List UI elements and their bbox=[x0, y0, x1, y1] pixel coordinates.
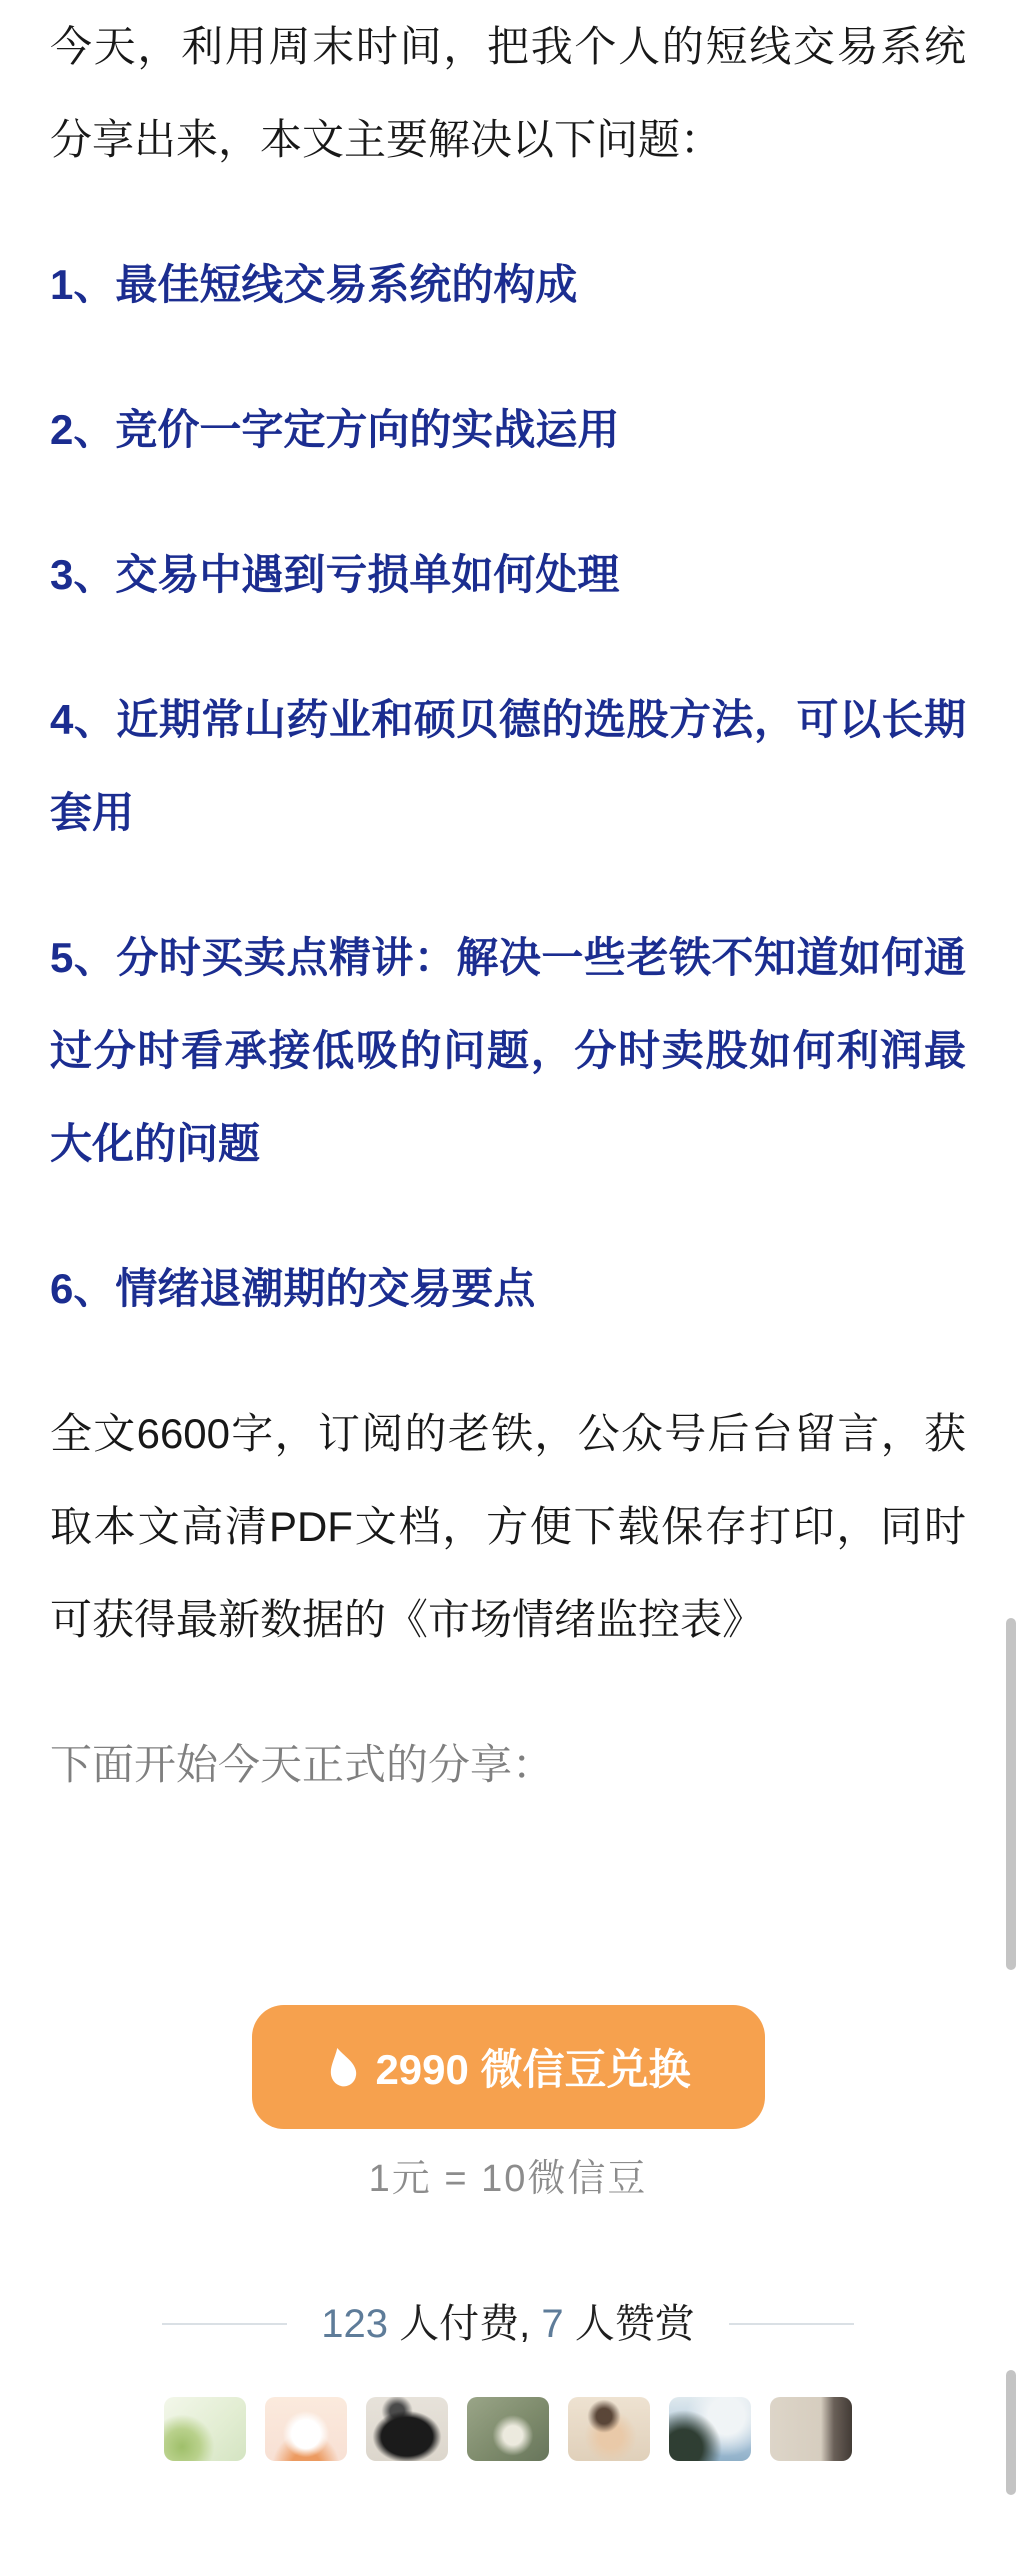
wechat-bean-icon bbox=[325, 2046, 359, 2088]
payer-avatar[interactable] bbox=[770, 2397, 852, 2461]
reward-count: 7 bbox=[541, 2302, 563, 2346]
scrollbar-thumb[interactable] bbox=[1006, 2370, 1016, 2495]
closing-paragraph: 下面开始今天正式的分享： bbox=[50, 1718, 966, 1811]
left-divider-line bbox=[162, 2323, 287, 2325]
bean-exchange-label: 2990 微信豆兑换 bbox=[375, 2037, 690, 2097]
right-divider-line bbox=[729, 2323, 854, 2325]
payer-avatar[interactable] bbox=[265, 2397, 347, 2461]
payer-avatar[interactable] bbox=[568, 2397, 650, 2461]
scrollbar-thumb[interactable] bbox=[1006, 1618, 1016, 1970]
paid-label: 人付费, bbox=[388, 2302, 541, 2346]
stats-text: 123 人付费, 7 人赞赏 bbox=[321, 2301, 694, 2347]
payer-avatar[interactable] bbox=[366, 2397, 448, 2461]
payer-avatars-row bbox=[0, 2397, 1016, 2461]
article-body: 今天，利用周末时间，把我个人的短线交易系统分享出来，本文主要解决以下问题： 1、… bbox=[0, 0, 1016, 1811]
outro-paragraph: 全文6600字，订阅的老铁，公众号后台留言，获取本文高清PDF文档，方便下载保存… bbox=[50, 1387, 966, 1666]
intro-paragraph: 今天，利用周末时间，把我个人的短线交易系统分享出来，本文主要解决以下问题： bbox=[50, 0, 966, 186]
exchange-rate-note: 1元 = 10微信豆 bbox=[0, 2157, 1016, 2201]
point-1: 1、最佳短线交易系统的构成 bbox=[50, 238, 966, 331]
paid-count: 123 bbox=[321, 2302, 388, 2346]
point-4: 4、近期常山药业和硕贝德的选股方法，可以长期套用 bbox=[50, 673, 966, 859]
point-5: 5、分时买卖点精讲：解决一些老铁不知道如何通过分时看承接低吸的问题，分时卖股如何… bbox=[50, 911, 966, 1190]
point-2: 2、竞价一字定方向的实战运用 bbox=[50, 383, 966, 476]
paywall-section: 2990 微信豆兑换 1元 = 10微信豆 123 人付费, 7 人赞赏 bbox=[0, 2005, 1016, 2461]
reward-label: 人赞赏 bbox=[564, 2302, 695, 2346]
point-6: 6、情绪退潮期的交易要点 bbox=[50, 1242, 966, 1335]
payer-avatar[interactable] bbox=[669, 2397, 751, 2461]
payer-avatar[interactable] bbox=[467, 2397, 549, 2461]
article-page: { "article": { "intro": "今天，利用周末时间，把我个人的… bbox=[0, 0, 1016, 2560]
bean-exchange-button[interactable]: 2990 微信豆兑换 bbox=[252, 2005, 765, 2129]
payment-stats: 123 人付费, 7 人赞赏 bbox=[0, 2301, 1016, 2347]
payer-avatar[interactable] bbox=[164, 2397, 246, 2461]
point-3: 3、交易中遇到亏损单如何处理 bbox=[50, 528, 966, 621]
